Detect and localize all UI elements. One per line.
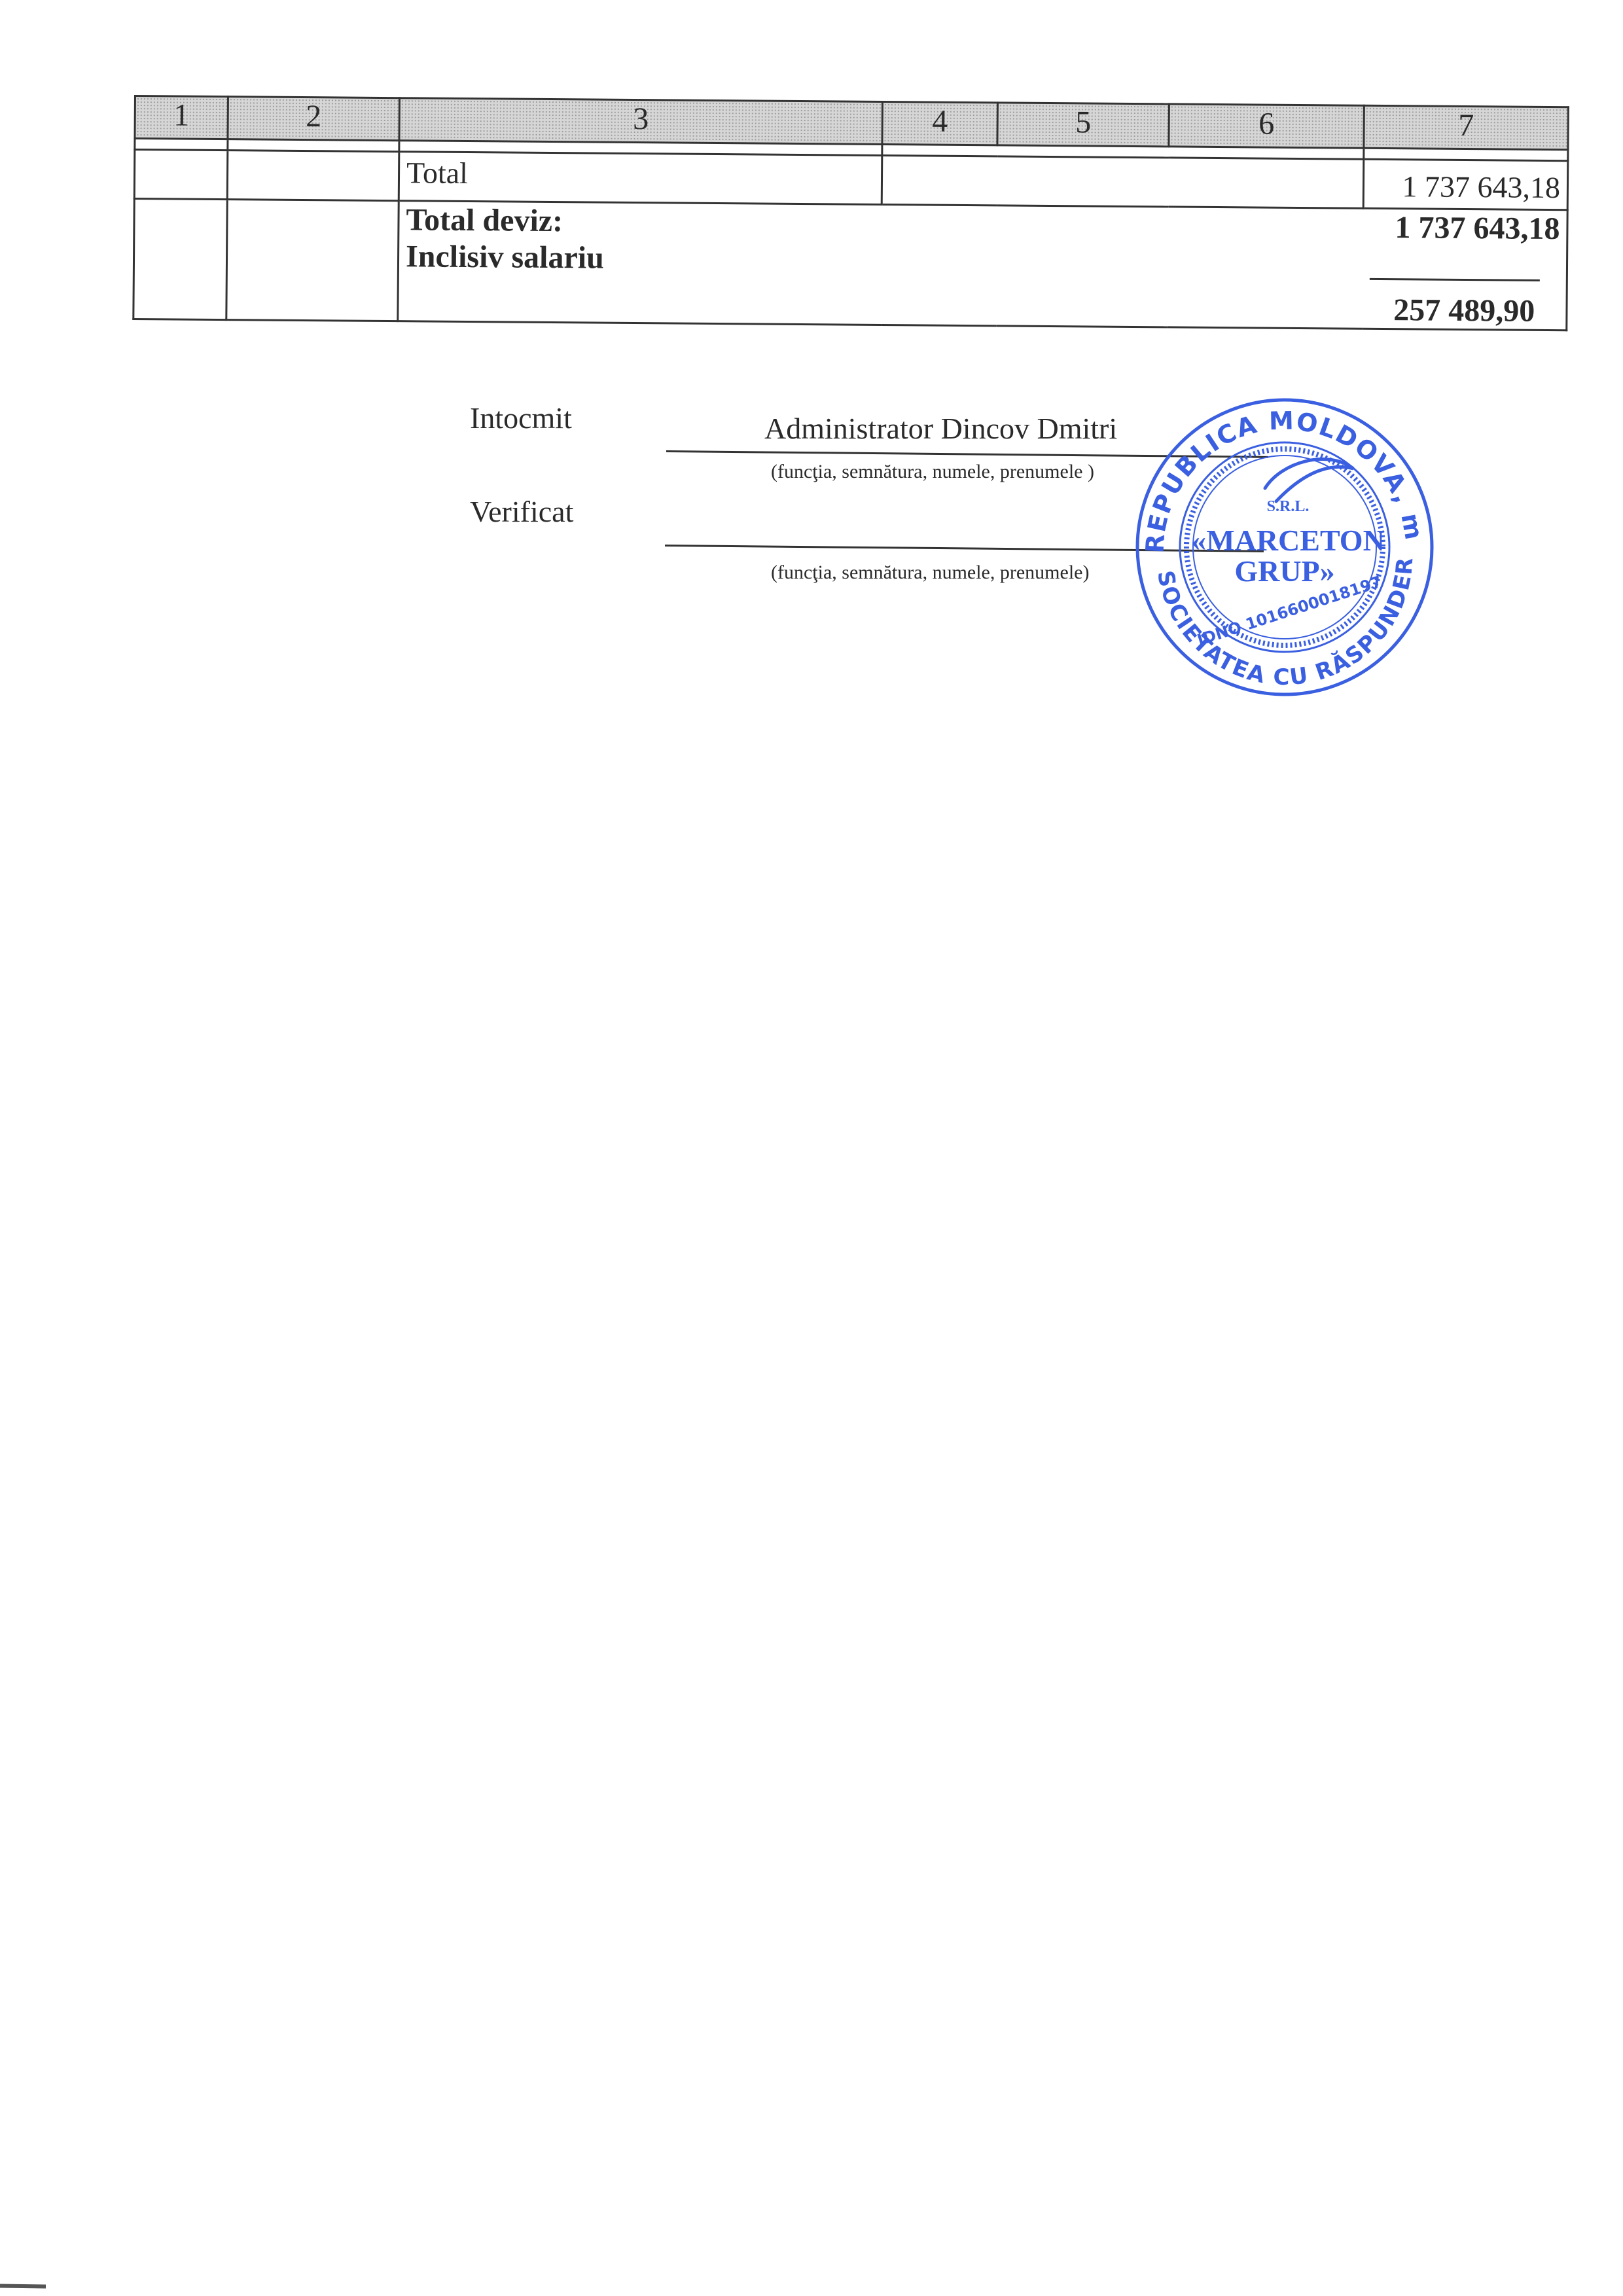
prepared-caption: (funcţia, semnătura, numele, prenumele ) [771,461,1094,483]
document-page: 1 2 3 4 5 6 7 Total 1 737 643,18 [0,0,1623,2296]
total-label: Total [399,152,882,205]
prepared-by-name: Administrator Dincov Dmitri [764,411,1117,446]
col-header-6: 6 [1169,104,1364,148]
total-deviz-value: 1 737 643,18 [1370,209,1560,247]
verified-caption: (funcţia, semnătura, numele, prenumele) [771,562,1089,584]
prepared-by-label: Intocmit [470,401,572,435]
svg-text:S.R.L.: S.R.L. [1267,498,1310,515]
col-header-7: 7 [1364,105,1569,149]
including-salary-label: Inclisiv salariu [406,238,1357,282]
final-labels: Total deviz: Inclisiv salariu [398,201,1363,329]
value-divider [1369,278,1540,281]
col-header-5: 5 [997,103,1169,147]
table-row-final: Total deviz: Inclisiv salariu 1 737 643,… [134,199,1567,331]
svg-text:«MARCETON: «MARCETON [1191,524,1385,557]
col-header-4: 4 [882,101,998,145]
final-values: 1 737 643,18 257 489,90 [1363,208,1567,330]
estimate-table: 1 2 3 4 5 6 7 Total 1 737 643,18 [132,95,1569,331]
col-header-3: 3 [399,98,882,145]
col-header-1: 1 [135,96,228,139]
estimate-table-container: 1 2 3 4 5 6 7 Total 1 737 643,18 [132,95,1567,331]
company-stamp-icon: REPUBLICA MOLDOVA, mun. CHIŞINĂU SOCIETA… [1131,390,1435,698]
scan-edge-artifact [0,2284,46,2289]
col-header-2: 2 [228,97,400,141]
verified-by-label: Verificat [470,494,573,529]
svg-text:GRUP»: GRUP» [1234,554,1334,588]
total-value: 1 737 643,18 [1363,159,1568,209]
including-salary-value: 257 489,90 [1369,292,1560,329]
